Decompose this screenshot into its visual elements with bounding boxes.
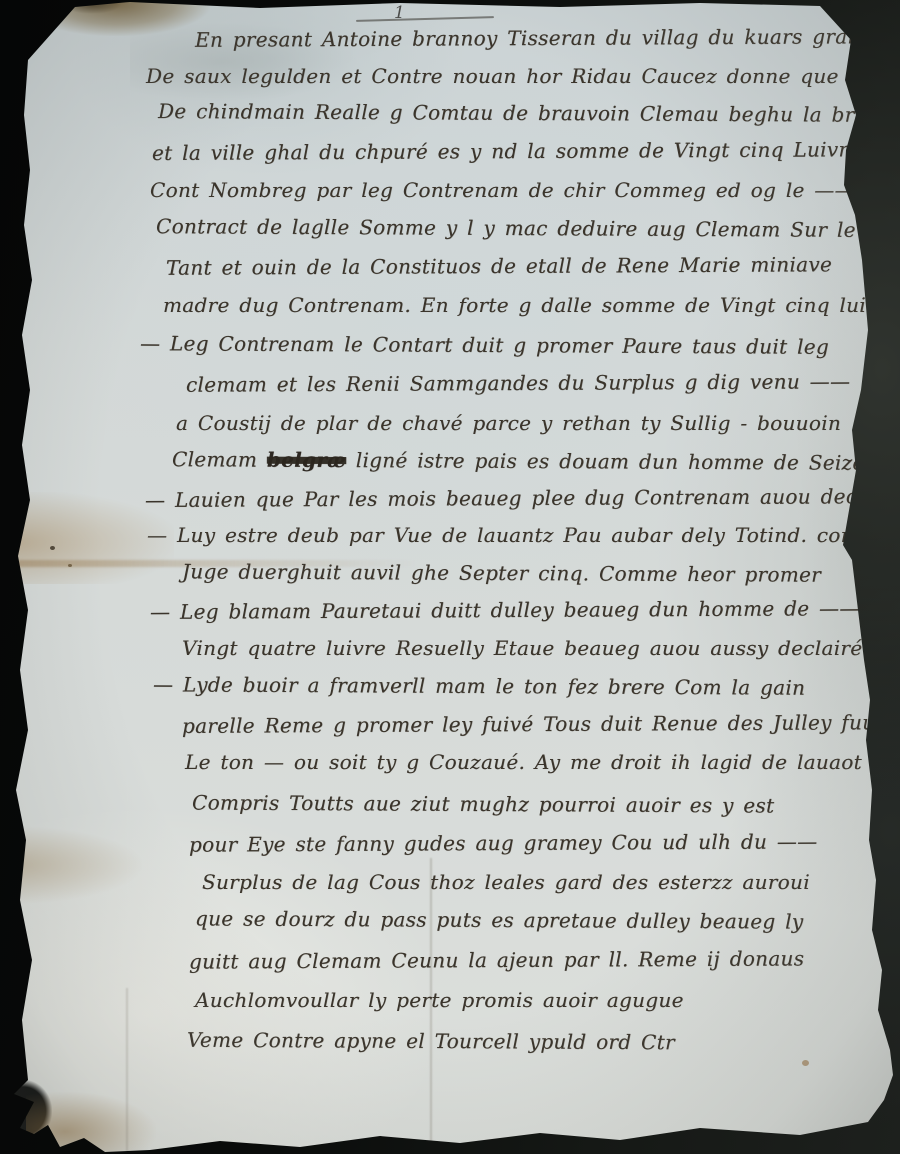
crossed-out-word: belgræ <box>267 448 346 472</box>
photo-background: 1 En presant Antoine brannoy Tisseran du… <box>0 0 900 1154</box>
line-text: Clemam <box>172 447 267 471</box>
manuscript-line: Vingt quatre luivre Resuelly Etaue beaue… <box>182 636 862 660</box>
manuscript-line: parelle Reme g promer ley fuivé Tous dui… <box>182 710 900 738</box>
manuscript-line: Tant et ouin de la Constituos de etall d… <box>166 252 832 279</box>
manuscript-line: En presant Antoine brannoy Tisseran du v… <box>195 24 886 52</box>
manuscript-line: — Luy estre deub par Vue de lauantz Pau … <box>147 523 870 547</box>
manuscript-line: De saux legulden et Contre nouan hor Rid… <box>146 64 839 88</box>
manuscript-line: Auchlomvoullar ly perte promis auoir agu… <box>195 988 684 1012</box>
manuscript-line: Veme Contre apyne el Tourcell ypuld ord … <box>187 1028 675 1055</box>
manuscript-text: En presant Antoine brannoy Tisseran du v… <box>0 0 900 1154</box>
manuscript-line: — Lyde buoir a framverll mam le ton fez … <box>153 672 805 699</box>
manuscript-line: que se dourz du pass puts es apretaue du… <box>195 906 804 933</box>
manuscript-line: Juge duerghuit auvil ghe Septer cinq. Co… <box>182 559 821 586</box>
manuscript-line: Clemam belgræ ligné istre pais es douam … <box>172 447 881 475</box>
manuscript-line: — Leg blamam Pauretaui duitt dulley beau… <box>150 596 860 624</box>
manuscript-line: madre dug Contrenam. En forte g dalle so… <box>163 293 900 317</box>
manuscript-line: — Lauien que Par les mois beaueg plee du… <box>145 484 900 512</box>
manuscript-line: De chindmain Realle g Comtau de brauvoin… <box>158 99 900 127</box>
manuscript-line: — Leg Contrenam le Contart duit g promer… <box>140 331 829 359</box>
manuscript-line: Cont Nombreg par leg Contrenam de chir C… <box>150 178 855 202</box>
line-text: ligné istre pais es douam dun homme de S… <box>346 448 881 475</box>
manuscript-line: a Coustij de plar de chavé parce y retha… <box>176 411 841 435</box>
manuscript-line: Surplus de lag Cous thoz leales gard des… <box>202 870 810 894</box>
manuscript-line: Compris Toutts aue ziut mughz pourroi au… <box>192 790 774 817</box>
manuscript-page: 1 En presant Antoine brannoy Tisseran du… <box>0 0 900 1154</box>
manuscript-line: pour Eye ste fanny gudes aug gramey Cou … <box>189 829 818 856</box>
manuscript-line: guitt aug Clemam Ceunu la ajeun par ll. … <box>189 946 804 973</box>
manuscript-line: Contract de laglle Somme y l y mac dedui… <box>156 214 856 242</box>
manuscript-line: clemam et les Renii Sammgandes du Surplu… <box>186 369 850 396</box>
manuscript-line: Le ton — ou soit ty g Couzaué. Ay me dro… <box>185 750 862 774</box>
manuscript-line: et la ville ghal du chpuré es y nd la so… <box>152 137 900 165</box>
